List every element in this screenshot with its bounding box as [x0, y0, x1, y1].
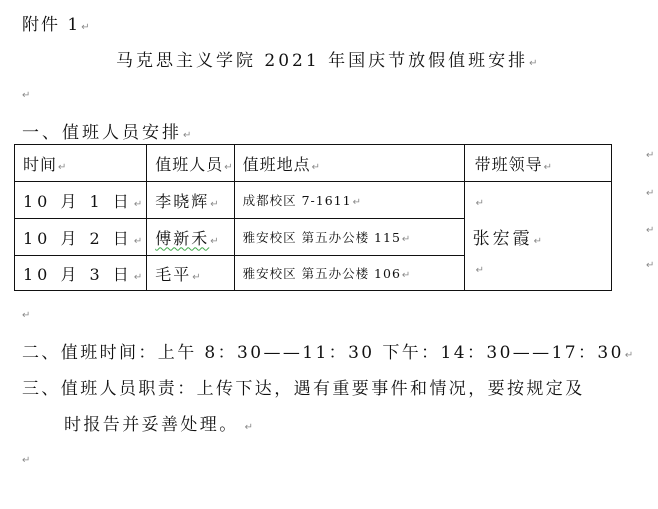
row-end-mark-icon: ↵ [646, 225, 654, 236]
section-2-text: 二、值班时间：上午 8：30——11：30 下午：14：30——17：30 [22, 343, 624, 363]
leader-cell: ↵ 张宏霞↵ ↵ [464, 182, 611, 291]
person-cell: 毛平↵ [147, 256, 234, 291]
place-cell: 雅安校区 第五办公楼 115↵ [234, 219, 464, 256]
person-cell: 傅新禾↵ [147, 219, 234, 256]
header-cell-person: 值班人员↵ [147, 145, 234, 182]
section-3-line-2-text: 时报告并妥善处理。 [64, 415, 239, 435]
paragraph-mark-icon: ↵ [529, 58, 540, 69]
cell-mark-icon: ↵ [312, 162, 321, 173]
row-end-mark-icon: ↵ [646, 260, 654, 271]
place-cell: 雅安校区 第五办公楼 106↵ [234, 256, 464, 291]
cell-mark-icon: ↵ [476, 265, 487, 276]
paragraph-mark-icon: ↵ [245, 422, 256, 433]
place-text: 雅安校区 第五办公楼 115 [243, 230, 401, 245]
cell-mark-icon: ↵ [210, 236, 220, 247]
row-end-mark-icon: ↵ [646, 188, 654, 199]
cell-mark-icon: ↵ [534, 236, 545, 247]
header-cell-time: 时间↵ [15, 145, 147, 182]
paragraph-mark-icon: ↵ [625, 350, 636, 361]
row-end-mark-icon: ↵ [646, 150, 654, 161]
table-row: 10 月 1 日↵ 李晓辉↵ 成都校区 7-1611↵ ↵ 张宏霞↵ ↵ [15, 182, 612, 219]
paragraph-mark-icon: ↵ [81, 22, 91, 33]
date-text: 10 月 1 日 [23, 192, 133, 211]
table-header-row: 时间↵ 值班人员↵ 值班地点↵ 带班领导↵ [15, 145, 612, 182]
cell-mark-icon: ↵ [353, 197, 362, 208]
date-cell: 10 月 1 日↵ [15, 182, 147, 219]
section-3-duties-line-1: 三、值班人员职责：上传下达，遇有重要事件和情况，要按规定及 [22, 374, 585, 399]
header-cell-place: 值班地点↵ [234, 145, 464, 182]
cell-mark-icon: ↵ [210, 199, 220, 210]
date-text: 10 月 3 日 [23, 265, 133, 284]
document-title: 马克思主义学院 2021 年国庆节放假值班安排↵ [116, 46, 540, 71]
place-text: 雅安校区 第五办公楼 106 [243, 266, 401, 281]
section-1-heading: 一、值班人员安排↵ [22, 118, 194, 143]
date-text: 10 月 2 日 [23, 229, 133, 248]
paragraph-mark-icon: ↵ [183, 130, 194, 141]
section-1-heading-text: 一、值班人员安排 [22, 123, 182, 143]
header-place-text: 值班地点 [243, 155, 311, 174]
place-text: 成都校区 7-1611 [243, 193, 352, 208]
person-text-spellcheck: 傅新禾 [155, 229, 209, 248]
cell-mark-icon: ↵ [134, 236, 146, 247]
cell-mark-icon: ↵ [544, 162, 553, 173]
header-time-text: 时间 [23, 155, 57, 174]
section-2-duty-hours: 二、值班时间：上午 8：30——11：30 下午：14：30——17：30↵ [22, 338, 636, 363]
section-3-duties-line-2: 时报告并妥善处理。↵ [64, 410, 255, 435]
cell-mark-icon: ↵ [134, 199, 146, 210]
header-cell-leader: 带班领导↵ [464, 145, 611, 182]
cell-mark-icon: ↵ [58, 162, 67, 173]
person-cell: 李晓辉↵ [147, 182, 234, 219]
cell-mark-icon: ↵ [192, 272, 202, 283]
cell-mark-icon: ↵ [134, 272, 146, 283]
cell-mark-icon: ↵ [476, 198, 487, 209]
person-text: 毛平 [155, 265, 191, 284]
empty-paragraph-mark-icon: ↵ [22, 455, 30, 466]
person-text: 李晓辉 [155, 192, 209, 211]
section-3-line-1-text: 三、值班人员职责：上传下达，遇有重要事件和情况，要按规定及 [22, 379, 585, 399]
attachment-label-text: 附件 1 [22, 15, 80, 35]
date-cell: 10 月 2 日↵ [15, 219, 147, 256]
duty-schedule-table: 时间↵ 值班人员↵ 值班地点↵ 带班领导↵ 10 月 1 日↵ 李晓辉↵ 成都校… [14, 144, 612, 291]
cell-mark-icon: ↵ [402, 270, 411, 281]
leader-text: 张宏霞 [473, 229, 533, 249]
header-person-text: 值班人员 [155, 155, 223, 174]
date-cell: 10 月 3 日↵ [15, 256, 147, 291]
empty-paragraph-mark-icon: ↵ [22, 310, 30, 321]
document-title-text: 马克思主义学院 2021 年国庆节放假值班安排 [116, 51, 528, 71]
place-cell: 成都校区 7-1611↵ [234, 182, 464, 219]
cell-mark-icon: ↵ [402, 234, 411, 245]
cell-mark-icon: ↵ [224, 162, 233, 173]
attachment-label: 附件 1↵ [22, 10, 92, 35]
empty-paragraph-mark-icon: ↵ [22, 90, 30, 101]
header-leader-text: 带班领导 [475, 155, 543, 174]
